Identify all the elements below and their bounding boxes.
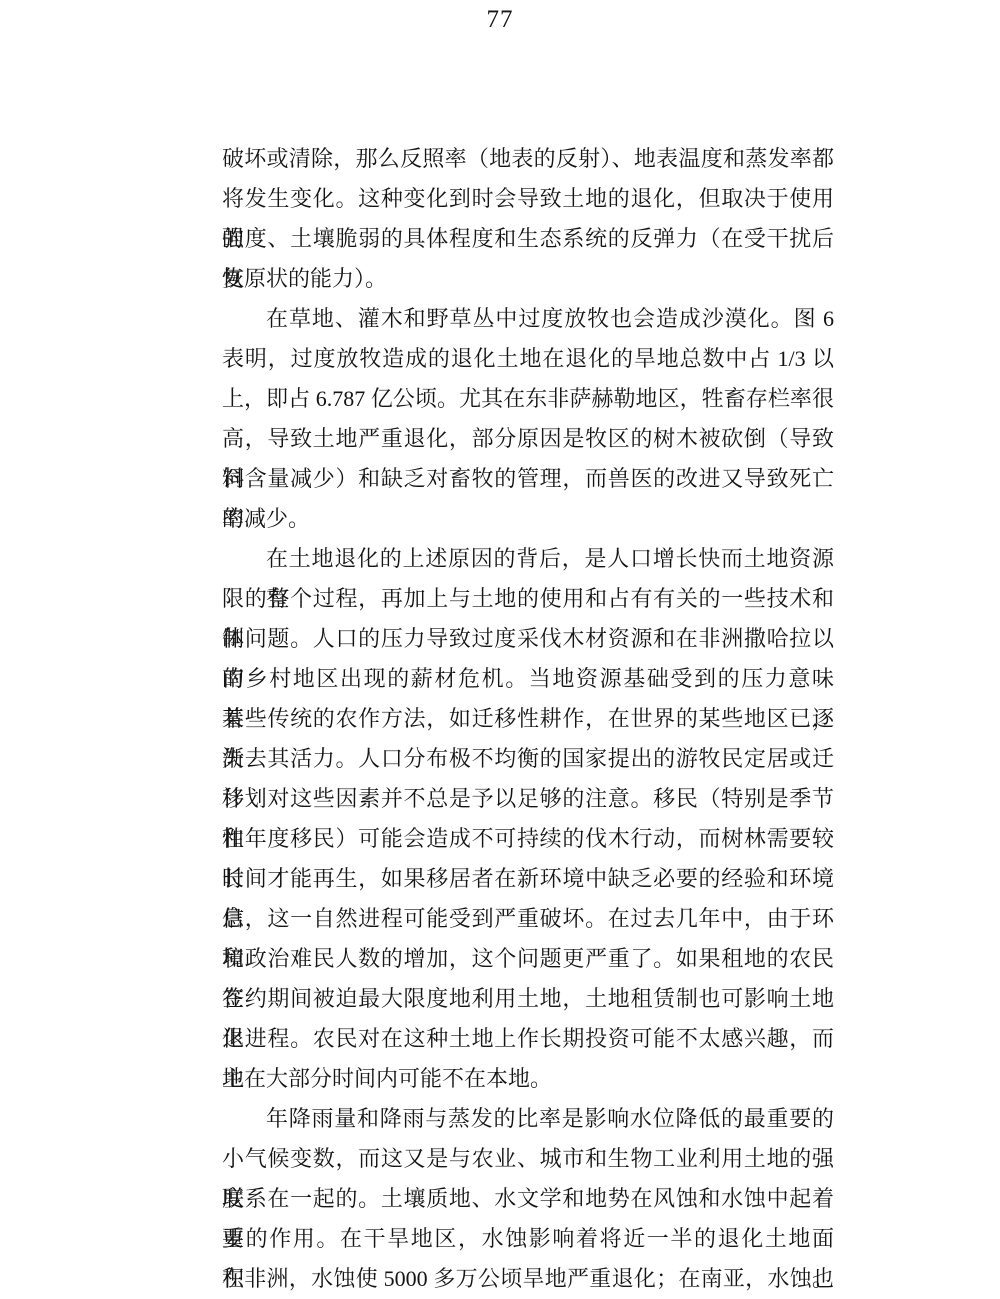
text-line: 主在大部分时间内可能不在本地。 — [222, 1059, 834, 1099]
text-line: 破坏或清除，那么反照率（地表的反射）、地表温度和蒸发率都 — [222, 139, 834, 179]
text-line: 的乡村地区出现的薪材危机。当地资源基础受到的压力意味着， — [222, 659, 834, 699]
text-line: 料含量减少）和缺乏对畜牧的管理，而兽医的改进又导致死亡率 — [222, 459, 834, 499]
text-line: 在非洲，水蚀使 5000 多万公顷旱地严重退化；在南亚，水蚀也 — [222, 1259, 834, 1299]
text-line: 要的作用。在干旱地区，水蚀影响着将近一半的退化土地面积。 — [222, 1219, 834, 1259]
text-line: 的减少。 — [222, 499, 834, 539]
text-line: 化进程。农民对在这种土地上作长期投资可能不太感兴趣，而地 — [222, 1019, 834, 1059]
text-line: 限的整个过程，再加上与土地的使用和占有有关的一些技术和体 — [222, 579, 834, 619]
text-line: 某些传统的农作方法，如迁移性耕作，在世界的某些地区已逐渐 — [222, 699, 834, 739]
text-line: 在土地退化的上述原因的背后，是人口增长快而土地资源有 — [222, 539, 834, 579]
text-line: 和年度移民）可能会造成不可持续的伐木行动，而树林需要较长 — [222, 819, 834, 859]
text-line: 制问题。人口的压力导致过度采伐木材资源和在非洲撒哈拉以南 — [222, 619, 834, 659]
document-page: 77 破坏或清除，那么反照率（地表的反射）、地表温度和蒸发率都将发生变化。这种变… — [0, 0, 1000, 1299]
text-line: 强度、土壤脆弱的具体程度和生态系统的反弹力（在受干扰后恢 — [222, 219, 834, 259]
body-text: 破坏或清除，那么反照率（地表的反射）、地表温度和蒸发率都将发生变化。这种变化到时… — [222, 139, 834, 1299]
text-line: 表明，过度放牧造成的退化土地在退化的旱地总数中占 1/3 以 — [222, 339, 834, 379]
text-line: 在草地、灌木和野草丛中过度放牧也会造成沙漠化。图 6 — [222, 299, 834, 339]
text-line: 高，导致土地严重退化，部分原因是牧区的树木被砍倒（导致饲 — [222, 419, 834, 459]
text-line: 息，这一自然进程可能受到严重破坏。在过去几年中，由于环境 — [222, 899, 834, 939]
text-line: 小气候变数，而这又是与农业、城市和生物工业利用土地的强度 — [222, 1139, 834, 1179]
text-line: 联系在一起的。土壤质地、水文学和地势在风蚀和水蚀中起着重 — [222, 1179, 834, 1219]
text-line: 年降雨量和降雨与蒸发的比率是影响水位降低的最重要的 — [222, 1099, 834, 1139]
text-line: 签约期间被迫最大限度地利用土地，土地租赁制也可影响土地退 — [222, 979, 834, 1019]
text-line: 时间才能再生，如果移居者在新环境中缺乏必要的经验和环境信 — [222, 859, 834, 899]
text-line: 上，即占 6.787 亿公顷。尤其在东非萨赫勒地区，牲畜存栏率很 — [222, 379, 834, 419]
text-line: 复原状的能力）。 — [222, 259, 834, 299]
page-number: 77 — [0, 6, 1000, 34]
text-line: 和政治难民人数的增加，这个问题更严重了。如果租地的农民在 — [222, 939, 834, 979]
text-line: 失去其活力。人口分布极不均衡的国家提出的游牧民定居或迁移 — [222, 739, 834, 779]
text-line: 将发生变化。这种变化到时会导致土地的退化，但取决于使用的 — [222, 179, 834, 219]
text-line: 计划对这些因素并不总是予以足够的注意。移民（特别是季节性 — [222, 779, 834, 819]
